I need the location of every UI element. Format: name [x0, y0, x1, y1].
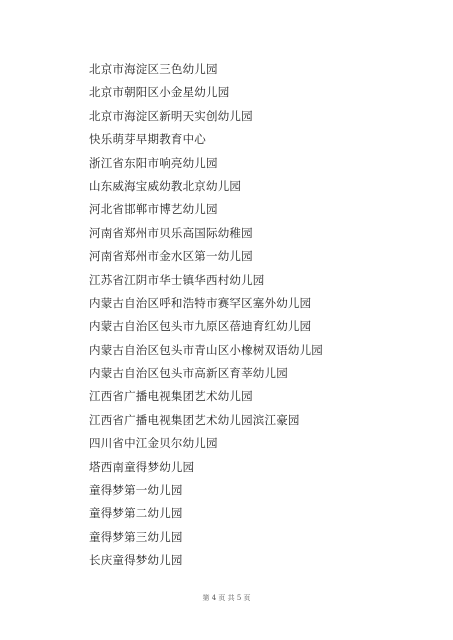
list-item: 北京市海淀区三色幼儿园: [89, 60, 323, 83]
list-item: 塔西南童得梦幼儿园: [89, 458, 323, 481]
list-item: 内蒙古自治区包头市青山区小橡树双语幼儿园: [89, 341, 323, 364]
list-item: 河南省郑州市贝乐高国际幼稚园: [89, 224, 323, 247]
list-item: 内蒙古自治区呼和浩特市赛罕区塞外幼儿园: [89, 294, 323, 317]
list-item: 童得梦第一幼儿园: [89, 481, 323, 504]
list-item: 北京市朝阳区小金星幼儿园: [89, 83, 323, 106]
list-item: 河南省郑州市金水区第一幼儿园: [89, 247, 323, 270]
list-item: 快乐萌芽早期教育中心: [89, 130, 323, 153]
list-item: 江苏省江阴市华士镇华西村幼儿园: [89, 271, 323, 294]
list-item: 长庆童得梦幼儿园: [89, 551, 323, 574]
kindergarten-list: 北京市海淀区三色幼儿园 北京市朝阳区小金星幼儿园 北京市海淀区新明天实创幼儿园 …: [89, 60, 323, 575]
list-item: 浙江省东阳市响亮幼儿园: [89, 154, 323, 177]
list-item: 童得梦第二幼儿园: [89, 504, 323, 527]
list-item: 山东威海宝威幼教北京幼儿园: [89, 177, 323, 200]
page-number-footer: 第 4 页 共 5 页: [0, 593, 453, 603]
list-item: 江西省广播电视集团艺术幼儿园滨江豪园: [89, 411, 323, 434]
list-item: 北京市海淀区新明天实创幼儿园: [89, 107, 323, 130]
list-item: 江西省广播电视集团艺术幼儿园: [89, 387, 323, 410]
list-item: 童得梦第三幼儿园: [89, 528, 323, 551]
list-item: 四川省中江金贝尔幼儿园: [89, 434, 323, 457]
list-item: 内蒙古自治区包头市高新区育莘幼儿园: [89, 364, 323, 387]
list-item: 内蒙古自治区包头市九原区蓓迪育红幼儿园: [89, 317, 323, 340]
list-item: 河北省邯郸市博艺幼儿园: [89, 200, 323, 223]
